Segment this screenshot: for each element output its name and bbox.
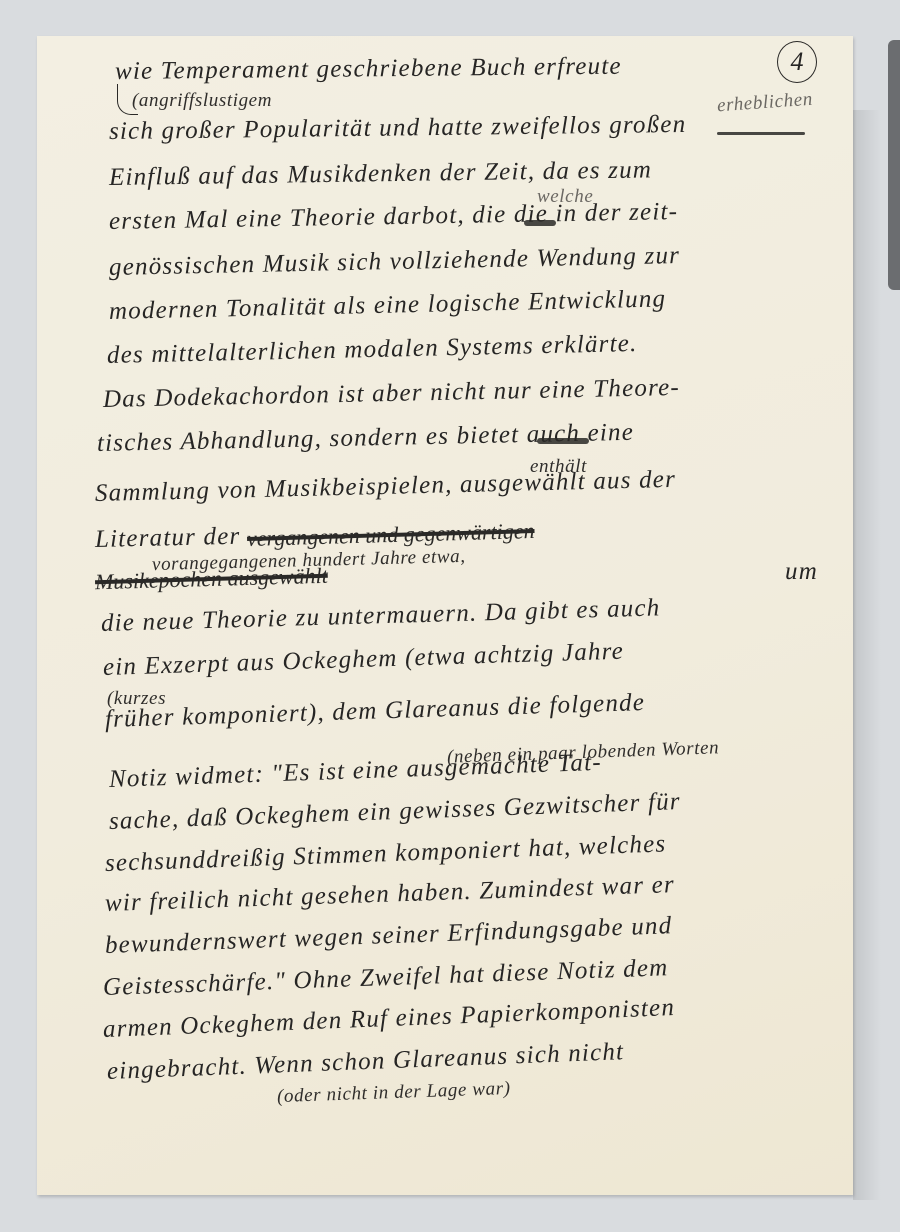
strike-die <box>524 220 556 226</box>
line-20: bewundernswert wegen seiner Erfindungsga… <box>105 912 673 960</box>
insertion-bracket <box>117 84 138 115</box>
line-2: sich großer Popularität und hatte zweife… <box>109 111 687 146</box>
manuscript-page: 4 wie Temperament geschriebene Buch erfr… <box>37 36 853 1195</box>
line-15: früher komponiert), dem Glareanus die fo… <box>105 689 646 734</box>
line-13: die neue Theorie zu untermauern. Da gibt… <box>101 594 661 638</box>
line-12-end: um <box>785 558 818 586</box>
line-5: genössischen Musik sich vollziehende Wen… <box>109 242 681 282</box>
strike-bietet <box>537 438 589 444</box>
line-14: ein Exzerpt aus Ockeghem (etwa achtzig J… <box>103 638 625 682</box>
line-16: Notiz widmet: "Es ist eine ausgemachte T… <box>109 749 603 794</box>
page-number: 4 <box>777 41 817 83</box>
backdrop-shadow <box>853 110 881 1200</box>
insertion-angriffslustigem: (angriffslustigem <box>132 90 272 112</box>
insertion-oder-nicht: (oder nicht in der Lage war) <box>277 1078 511 1108</box>
line-19: wir freilich nicht gesehen haben. Zumind… <box>105 871 676 918</box>
line-22: armen Ockeghem den Ruf eines Papierkompo… <box>102 994 675 1044</box>
side-object <box>888 40 900 290</box>
line-23: eingebracht. Wenn schon Glareanus sich n… <box>106 1038 624 1086</box>
line-17: sache, daß Ockeghem ein gewisses Gezwits… <box>109 788 682 836</box>
struck-phrase-2: Musikepochen ausgewählt <box>95 563 328 595</box>
line-18: sechsunddreißig Stimmen komponiert hat, … <box>105 830 667 878</box>
line-21: Geistesschärfe." Ohne Zweifel hat diese … <box>103 954 669 1002</box>
line-6: modernen Tonalität als eine logische Ent… <box>109 285 667 326</box>
line-11-start: Literatur der <box>95 523 241 554</box>
line-7: des mittelalterlichen modalen Systems er… <box>107 330 638 370</box>
line-4: ersten Mal eine Theorie darbot, die die … <box>109 198 679 236</box>
line-8: Das Dodekachordon ist aber nicht nur ein… <box>103 374 680 414</box>
literatur-der: Literatur der <box>95 523 241 553</box>
line-1: wie Temperament geschriebene Buch erfreu… <box>115 53 622 86</box>
strike-grossen <box>717 132 805 135</box>
insertion-erheblichen: erheblichen <box>716 89 813 118</box>
line-10: Sammlung von Musikbeispielen, ausgewählt… <box>95 466 677 508</box>
